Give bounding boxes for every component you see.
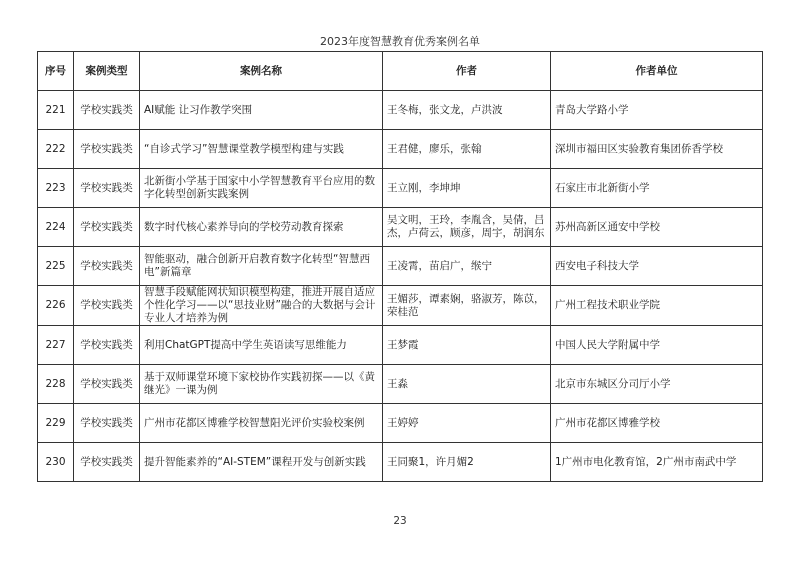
cell-org: 石家庄市北新街小学	[551, 169, 763, 208]
table-row: 227 学校实践类 利用ChatGPT提高中学生英语读写思维能力 王梦霞 中国人…	[38, 326, 763, 365]
table-header-row: 序号 案例类型 案例名称 作者 作者单位	[38, 52, 763, 91]
header-num: 序号	[38, 52, 74, 91]
cell-author: 王冬梅，张文龙，卢洪波	[383, 91, 551, 130]
cell-author: 王君健，廖乐，张翰	[383, 130, 551, 169]
cell-name: 数字时代核心素养导向的学校劳动教育探索	[140, 208, 383, 247]
excellent-cases-table: 序号 案例类型 案例名称 作者 作者单位 221 学校实践类 AI赋能 让习作教…	[37, 51, 763, 482]
table-row: 229 学校实践类 广州市花都区博雅学校智慧阳光评价实验校案例 王婷婷 广州市花…	[38, 404, 763, 443]
table-row: 224 学校实践类 数字时代核心素养导向的学校劳动教育探索 吴文明，王玲，李胤含…	[38, 208, 763, 247]
table-row: 223 学校实践类 北新街小学基于国家中小学智慧教育平台应用的数字化转型创新实践…	[38, 169, 763, 208]
cell-author: 王同聚1，许月媚2	[383, 443, 551, 482]
cell-num: 228	[38, 365, 74, 404]
cell-name: “自诊式学习”智慧课堂教学模型构建与实践	[140, 130, 383, 169]
cell-type: 学校实践类	[74, 443, 140, 482]
cell-name: 提升智能素养的“AI-STEM”课程开发与创新实践	[140, 443, 383, 482]
cell-name: 基于双师课堂环境下家校协作实践初探——以《黄继光》一课为例	[140, 365, 383, 404]
header-author: 作者	[383, 52, 551, 91]
cell-org: 西安电子科技大学	[551, 247, 763, 286]
cell-num: 226	[38, 286, 74, 326]
cell-num: 225	[38, 247, 74, 286]
cell-org: 苏州高新区通安中学校	[551, 208, 763, 247]
cell-type: 学校实践类	[74, 91, 140, 130]
cell-name: AI赋能 让习作教学突围	[140, 91, 383, 130]
cell-author: 王媚莎，谭素娴，骆淑芳，陈苡，荣桂范	[383, 286, 551, 326]
cell-num: 229	[38, 404, 74, 443]
cell-org: 1广州市电化教育馆，2广州市南武中学	[551, 443, 763, 482]
header-org: 作者单位	[551, 52, 763, 91]
cell-author: 王梦霞	[383, 326, 551, 365]
cell-name: 广州市花都区博雅学校智慧阳光评价实验校案例	[140, 404, 383, 443]
cell-name: 智能驱动，融合创新开启教育数字化转型“智慧西电”新篇章	[140, 247, 383, 286]
cell-org: 北京市东城区分司厅小学	[551, 365, 763, 404]
cell-org: 深圳市福田区实验教育集团侨香学校	[551, 130, 763, 169]
cell-num: 230	[38, 443, 74, 482]
table-row: 228 学校实践类 基于双师课堂环境下家校协作实践初探——以《黄继光》一课为例 …	[38, 365, 763, 404]
cell-org: 广州市花都区博雅学校	[551, 404, 763, 443]
cell-author: 王凌霄，苗启广，缑宁	[383, 247, 551, 286]
cell-num: 224	[38, 208, 74, 247]
cell-author: 吴文明，王玲，李胤含，吴倩，吕杰，卢荷云，顾彦，周宇，胡润东	[383, 208, 551, 247]
cell-author: 王婷婷	[383, 404, 551, 443]
table-row: 230 学校实践类 提升智能素养的“AI-STEM”课程开发与创新实践 王同聚1…	[38, 443, 763, 482]
cell-author: 王淼	[383, 365, 551, 404]
cell-num: 222	[38, 130, 74, 169]
cell-type: 学校实践类	[74, 404, 140, 443]
table-row: 222 学校实践类 “自诊式学习”智慧课堂教学模型构建与实践 王君健，廖乐，张翰…	[38, 130, 763, 169]
cell-org: 青岛大学路小学	[551, 91, 763, 130]
cell-num: 223	[38, 169, 74, 208]
cell-type: 学校实践类	[74, 365, 140, 404]
table-row: 225 学校实践类 智能驱动，融合创新开启教育数字化转型“智慧西电”新篇章 王凌…	[38, 247, 763, 286]
cell-type: 学校实践类	[74, 247, 140, 286]
header-type: 案例类型	[74, 52, 140, 91]
cell-type: 学校实践类	[74, 326, 140, 365]
document-title: 2023年度智慧教育优秀案例名单	[0, 33, 800, 49]
cell-name: 利用ChatGPT提高中学生英语读写思维能力	[140, 326, 383, 365]
header-name: 案例名称	[140, 52, 383, 91]
table-row: 221 学校实践类 AI赋能 让习作教学突围 王冬梅，张文龙，卢洪波 青岛大学路…	[38, 91, 763, 130]
cell-name: 智慧手段赋能网状知识模型构建，推进开展自适应个性化学习——以“思技业财”融合的大…	[140, 286, 383, 326]
cell-type: 学校实践类	[74, 208, 140, 247]
cell-num: 227	[38, 326, 74, 365]
cell-type: 学校实践类	[74, 286, 140, 326]
cell-name: 北新街小学基于国家中小学智慧教育平台应用的数字化转型创新实践案例	[140, 169, 383, 208]
cell-org: 广州工程技术职业学院	[551, 286, 763, 326]
table-row: 226 学校实践类 智慧手段赋能网状知识模型构建，推进开展自适应个性化学习——以…	[38, 286, 763, 326]
cell-author: 王立刚，李坤坤	[383, 169, 551, 208]
cell-type: 学校实践类	[74, 169, 140, 208]
page-number: 23	[0, 515, 800, 527]
cell-org: 中国人民大学附属中学	[551, 326, 763, 365]
cell-num: 221	[38, 91, 74, 130]
cell-type: 学校实践类	[74, 130, 140, 169]
